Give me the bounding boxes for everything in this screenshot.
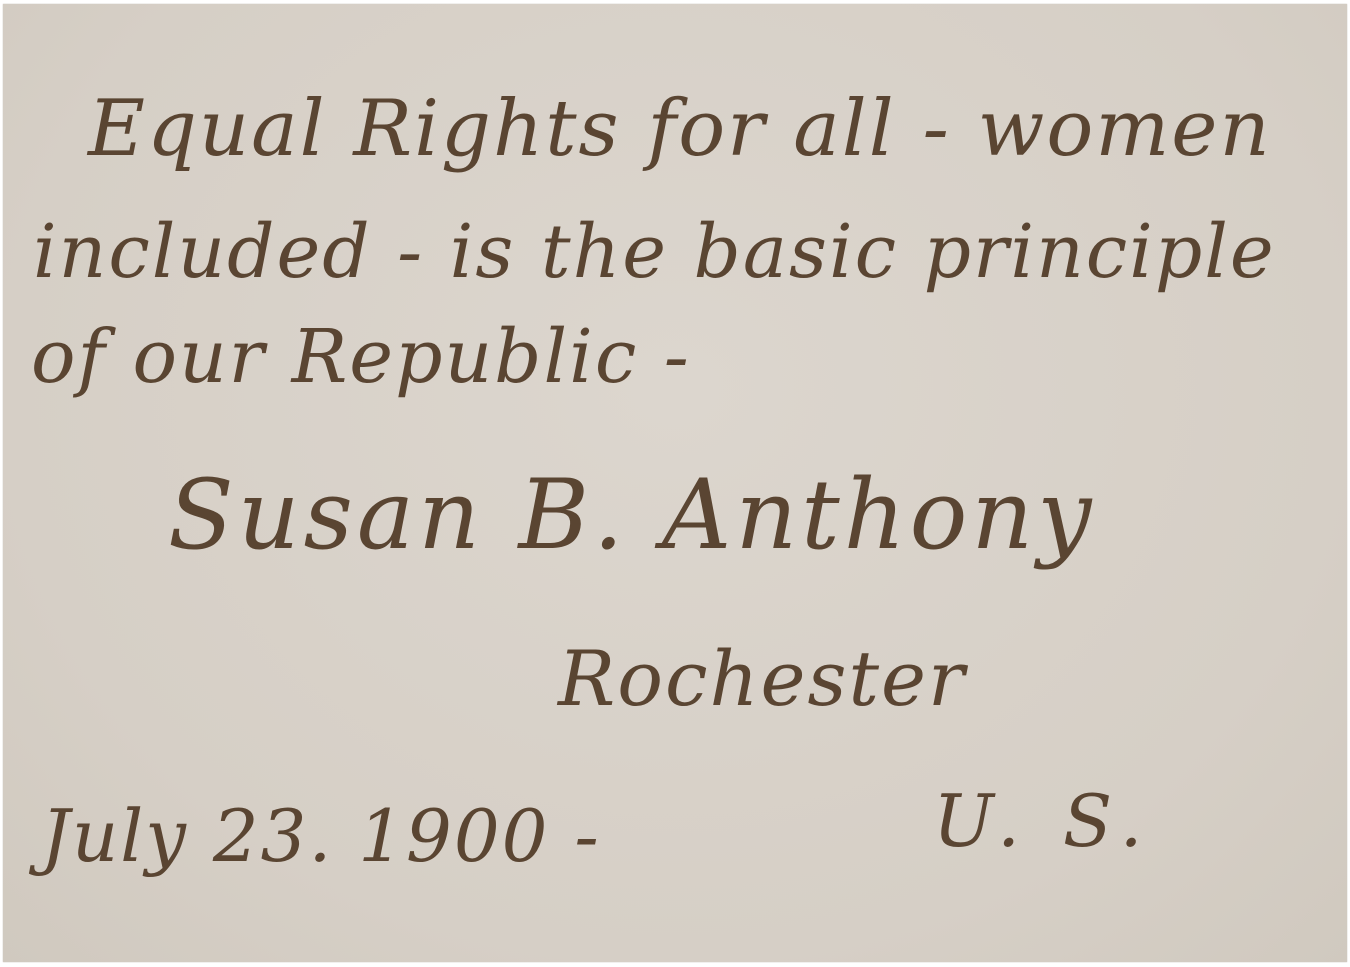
body-line-3: of our Republic -	[31, 314, 691, 400]
body-line-2: included - is the basic principle	[33, 209, 1276, 295]
note-card: Equal Rights for all - women included - …	[3, 4, 1347, 962]
date: July 23. 1900 -	[41, 794, 601, 878]
place-city: Rochester	[558, 634, 966, 723]
body-line-1: Equal Rights for all - women	[88, 84, 1272, 174]
signature: Susan B. Anthony	[168, 459, 1095, 571]
place-country: U. S.	[933, 779, 1153, 863]
